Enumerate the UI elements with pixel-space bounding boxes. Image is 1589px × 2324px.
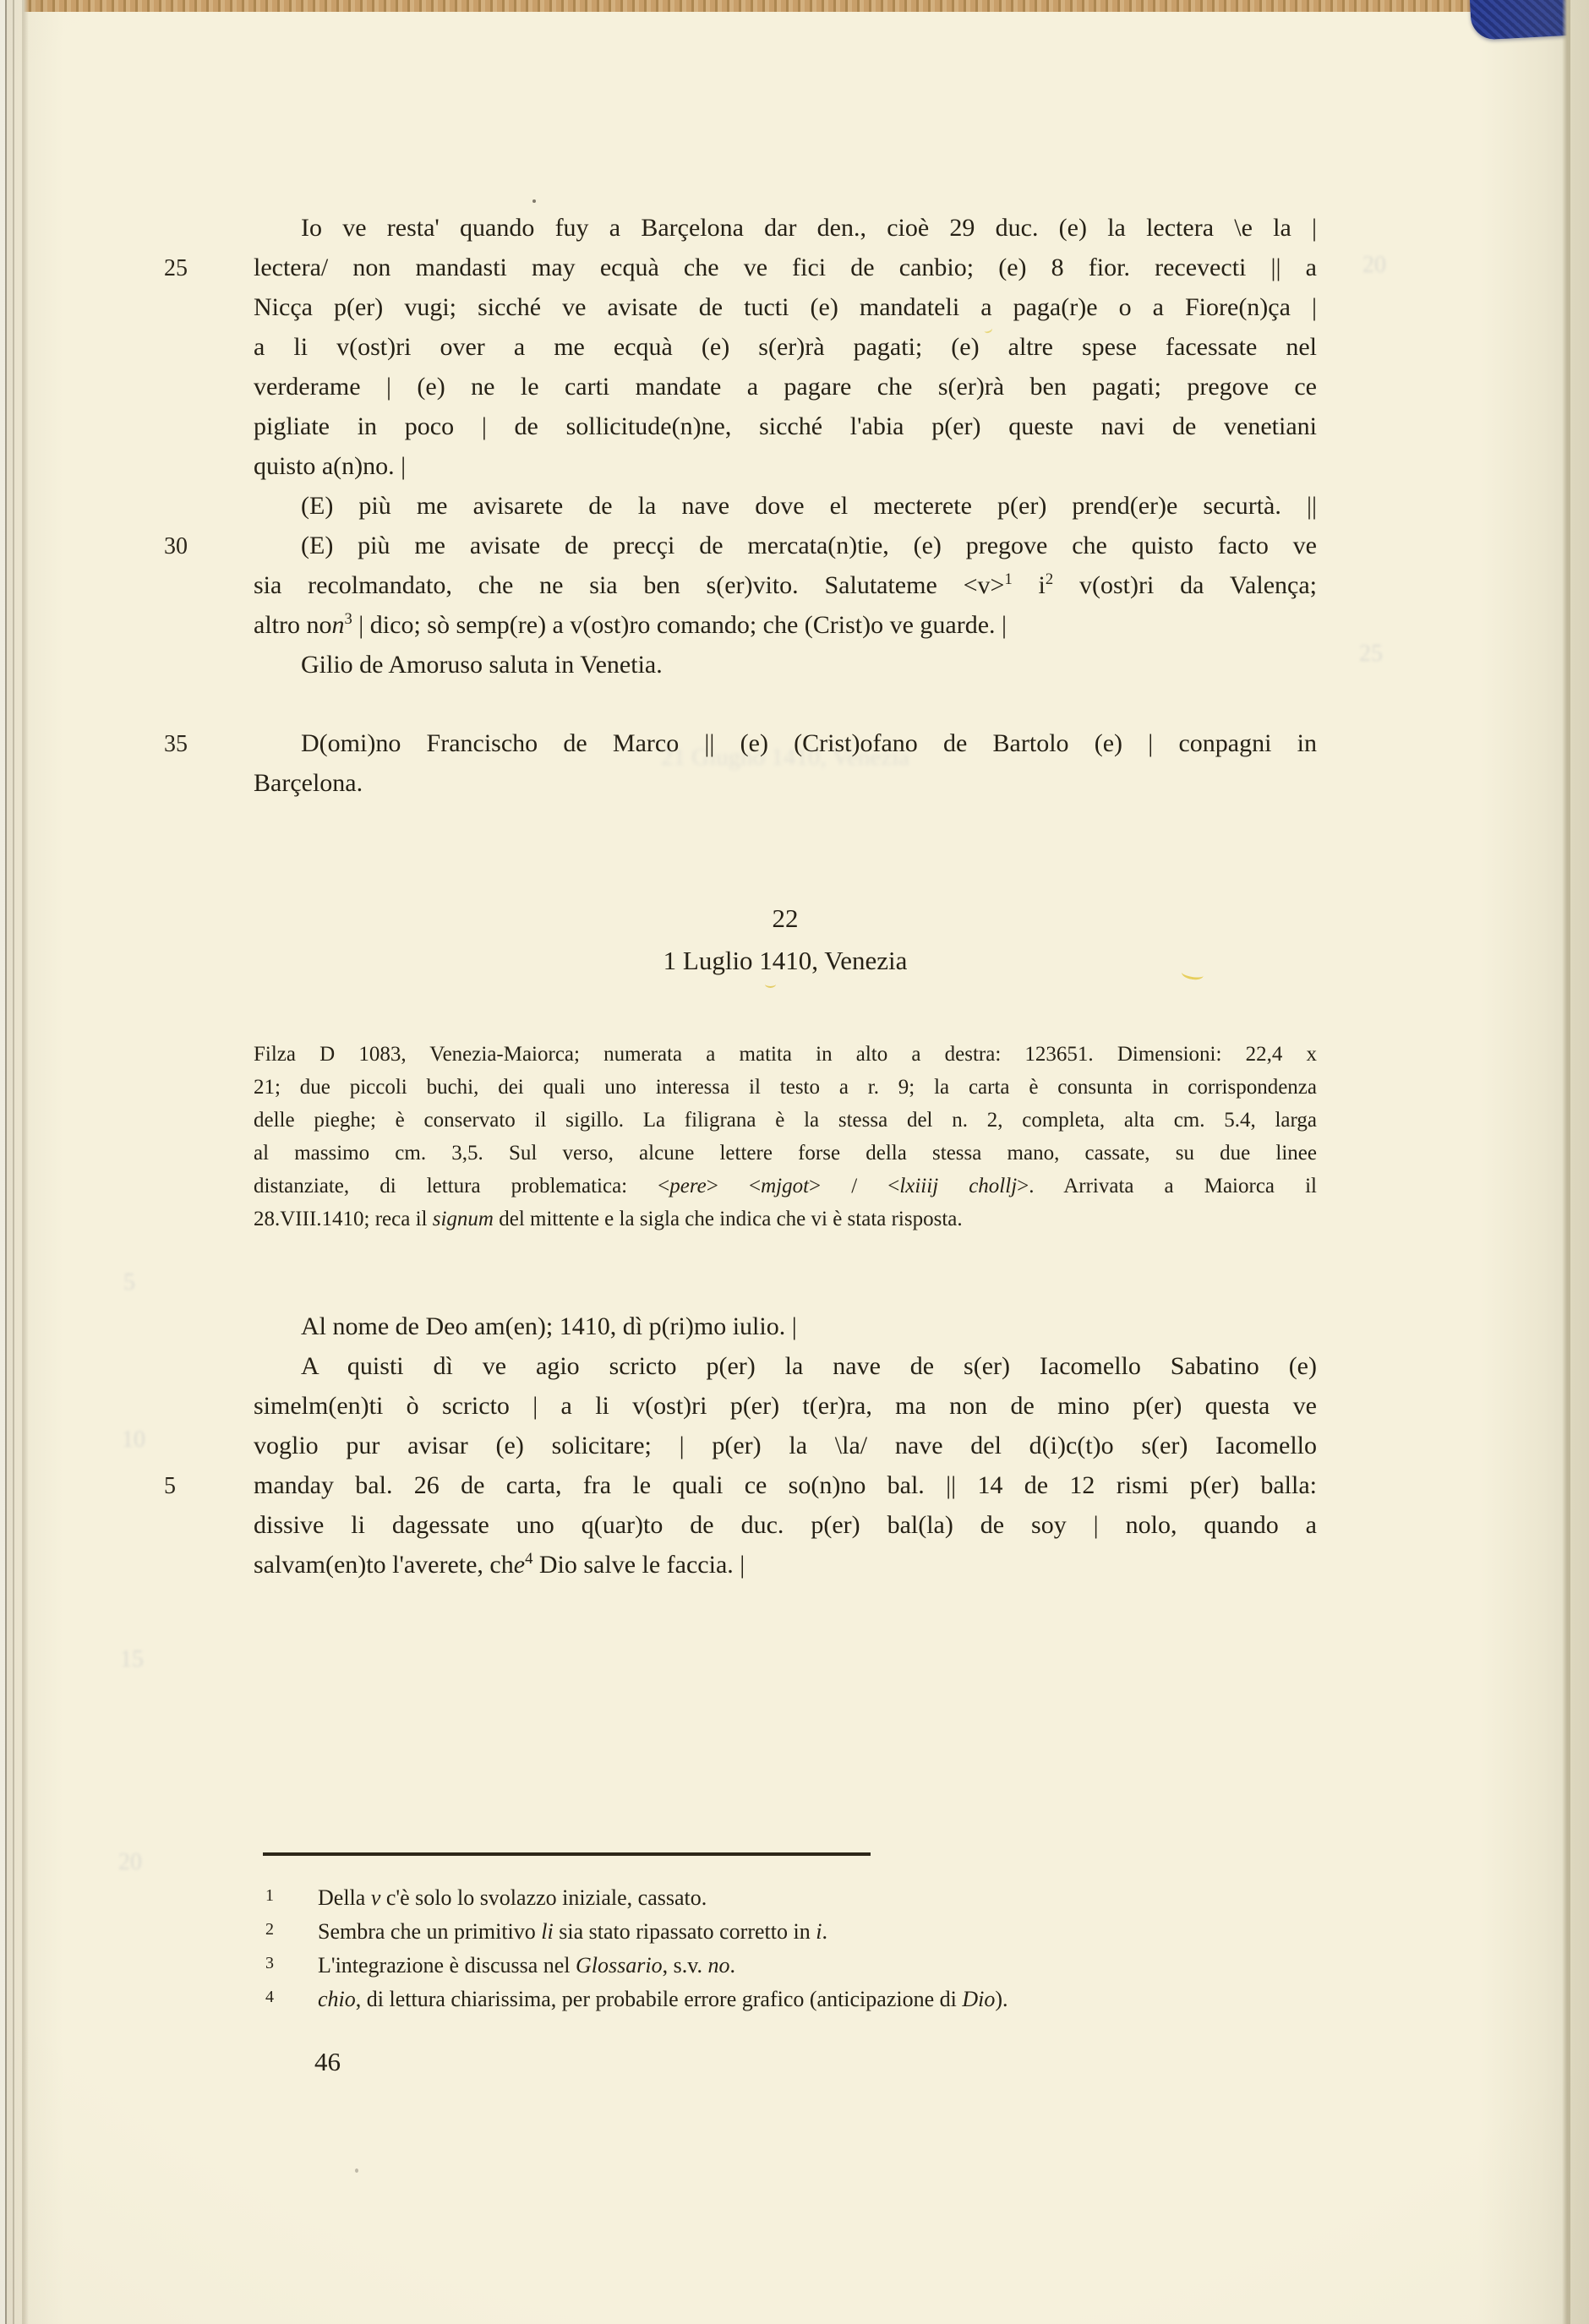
text-line: a li v(ost)ri over a me ecquà (e) s(er)r…: [254, 327, 1317, 367]
letter-body: Al nome de Deo am(en); 1410, dì p(ri)mo …: [254, 1307, 1317, 1585]
letter-address-block: 35 D(omi)no Francischo de Marco || (e) (…: [254, 723, 1317, 803]
text-line: distanziate, di lettura problematica: <p…: [254, 1170, 1317, 1203]
bleedthrough-margin-number: 20: [118, 1849, 142, 1876]
text-line: pigliate in poco | de sollicitude(n)ne, …: [254, 406, 1317, 446]
margin-line-number: 25: [164, 248, 188, 288]
text-line-content: (E) più me avisate de precçi de mercata(…: [254, 526, 1317, 565]
margin-line-number: 30: [164, 526, 188, 566]
bleedthrough-margin-number: 15: [120, 1646, 144, 1673]
text-line: Barçelona.: [254, 763, 1317, 803]
text-line: verderame | (e) ne le carti mandate a pa…: [254, 367, 1317, 406]
text-line-content: Barçelona.: [254, 763, 1317, 803]
text-line: simelm(en)ti ò scricto | a li v(ost)ri p…: [254, 1386, 1317, 1426]
margin-line-number: 5: [164, 1466, 176, 1506]
text-line-content: 21; due piccoli buchi, dei quali uno int…: [254, 1071, 1317, 1104]
text-line: 5 manday bal. 26 de carta, fra le quali …: [254, 1465, 1317, 1505]
footnote-separator-rule: [263, 1852, 871, 1856]
text-line: 21; due piccoli buchi, dei quali uno int…: [254, 1071, 1317, 1104]
text-line-content: Gilio de Amoruso saluta in Venetia.: [254, 645, 1317, 685]
footnote-text: Sembra che un primitivo li sia stato rip…: [318, 1919, 827, 1944]
text-line-content: A quisti dì ve agio scricto p(er) la nav…: [254, 1346, 1317, 1386]
text-line: Nicça p(er) vugi; sicché ve avisate de t…: [254, 287, 1317, 327]
page-right-edge-crease: [1562, 0, 1589, 2324]
text-line: dissive li dagessate uno q(uar)to de duc…: [254, 1505, 1317, 1545]
footnote: 2 Sembra che un primitivo li sia stato r…: [254, 1915, 1317, 1949]
text-line-content: altro non3 | dico; sò semp(re) a v(ost)r…: [254, 605, 1317, 645]
text-line-content: lectera/ non mandasti may ecquà che ve f…: [254, 248, 1317, 287]
footnote-number: 2: [265, 1912, 274, 1946]
text-line: 35 D(omi)no Francischo de Marco || (e) (…: [254, 723, 1317, 763]
text-line: (E) più me avisarete de la nave dove el …: [254, 486, 1317, 526]
text-line-content: delle pieghe; è conservato il sigillo. L…: [254, 1104, 1317, 1137]
previous-letter-continuation: Io ve resta' quando fuy a Barçelona dar …: [254, 208, 1317, 685]
text-line-content: voglio pur avisar (e) solicitare; | p(er…: [254, 1426, 1317, 1465]
text-line: 30 (E) più me avisate de precçi de merca…: [254, 526, 1317, 565]
text-line: Filza D 1083, Venezia-Maiorca; numerata …: [254, 1038, 1317, 1071]
footnote-text: L'integrazione è discussa nel Glossario,…: [318, 1953, 735, 1978]
text-line-content: (E) più me avisarete de la nave dove el …: [254, 486, 1317, 526]
paper-speck: [532, 199, 536, 203]
footnote-text: chio, di lettura chiarissima, per probab…: [318, 1987, 1008, 2011]
page-stack-left-edge: [0, 0, 29, 2324]
text-line: A quisti dì ve agio scricto p(er) la nav…: [254, 1346, 1317, 1386]
text-line: voglio pur avisar (e) solicitare; | p(er…: [254, 1426, 1317, 1465]
text-line: Io ve resta' quando fuy a Barçelona dar …: [254, 208, 1317, 248]
text-line: quisto a(n)no. |: [254, 446, 1317, 486]
text-line-content: verderame | (e) ne le carti mandate a pa…: [254, 367, 1317, 406]
letter-dateline: 1 Luglio 1410, Venezia: [254, 940, 1317, 982]
text-line: Al nome de Deo am(en); 1410, dì p(ri)mo …: [254, 1307, 1317, 1346]
text-line-content: al massimo cm. 3,5. Sul verso, alcune le…: [254, 1137, 1317, 1170]
archival-description: Filza D 1083, Venezia-Maiorca; numerata …: [254, 1038, 1317, 1236]
footnote: 4 chio, di lettura chiarissima, per prob…: [254, 1983, 1317, 2016]
text-line: altro non3 | dico; sò semp(re) a v(ost)r…: [254, 605, 1317, 645]
page-number: 46: [314, 2047, 341, 2077]
footnote-number: 3: [265, 1946, 274, 1980]
text-line-content: dissive li dagessate uno q(uar)to de duc…: [254, 1505, 1317, 1545]
footnote-number: 1: [265, 1879, 274, 1912]
bleedthrough-margin-number: 10: [122, 1427, 145, 1454]
footnote: 1 Della v c'è solo lo svolazzo iniziale,…: [254, 1881, 1317, 1915]
footnote: 3 L'integrazione è discussa nel Glossari…: [254, 1949, 1317, 1983]
bleedthrough-margin-number: 20: [1362, 252, 1386, 279]
letter-heading: 22 1 Luglio 1410, Venezia: [254, 897, 1317, 982]
book-cloth-top-edge: [0, 0, 1540, 12]
text-line: delle pieghe; è conservato il sigillo. L…: [254, 1104, 1317, 1137]
text-line-content: salvam(en)to l'averete, che4 Dio salve l…: [254, 1545, 1317, 1585]
text-line-content: simelm(en)ti ò scricto | a li v(ost)ri p…: [254, 1386, 1317, 1426]
text-line: 25 lectera/ non mandasti may ecquà che v…: [254, 248, 1317, 287]
text-line-content: pigliate in poco | de sollicitude(n)ne, …: [254, 406, 1317, 446]
bleedthrough-margin-number: 25: [1359, 641, 1383, 668]
bleedthrough-margin-number: 5: [123, 1269, 135, 1296]
footnote-number: 4: [265, 1980, 274, 2014]
text-line-content: distanziate, di lettura problematica: <p…: [254, 1170, 1317, 1203]
text-line-content: Io ve resta' quando fuy a Barçelona dar …: [254, 208, 1317, 248]
footnotes: 1 Della v c'è solo lo svolazzo iniziale,…: [254, 1881, 1317, 2016]
letter-number: 22: [254, 897, 1317, 940]
scanned-book-page: 21 Giugno 1410, Venezia 5 10 15 20 20 25…: [0, 0, 1589, 2324]
text-line-content: Filza D 1083, Venezia-Maiorca; numerata …: [254, 1038, 1317, 1071]
text-line-content: manday bal. 26 de carta, fra le quali ce…: [254, 1465, 1317, 1505]
text-line: al massimo cm. 3,5. Sul verso, alcune le…: [254, 1137, 1317, 1170]
text-line-content: quisto a(n)no. |: [254, 446, 1317, 486]
text-line-content: D(omi)no Francischo de Marco || (e) (Cri…: [254, 723, 1317, 763]
text-line-content: Al nome de Deo am(en); 1410, dì p(ri)mo …: [254, 1307, 1317, 1346]
text-line: 28.VIII.1410; reca il signum del mittent…: [254, 1203, 1317, 1236]
paper-speck: [355, 2169, 358, 2173]
text-line: sia recolmandato, che ne sia ben s(er)vi…: [254, 565, 1317, 605]
text-line-content: 28.VIII.1410; reca il signum del mittent…: [254, 1203, 1317, 1236]
text-line-content: Nicça p(er) vugi; sicché ve avisate de t…: [254, 287, 1317, 327]
text-line-content: sia recolmandato, che ne sia ben s(er)vi…: [254, 565, 1317, 605]
text-line-content: a li v(ost)ri over a me ecquà (e) s(er)r…: [254, 327, 1317, 367]
text-line: salvam(en)to l'averete, che4 Dio salve l…: [254, 1545, 1317, 1585]
margin-line-number: 35: [164, 724, 188, 764]
footnote-text: Della v c'è solo lo svolazzo iniziale, c…: [318, 1885, 707, 1910]
text-line: Gilio de Amoruso saluta in Venetia.: [254, 645, 1317, 685]
